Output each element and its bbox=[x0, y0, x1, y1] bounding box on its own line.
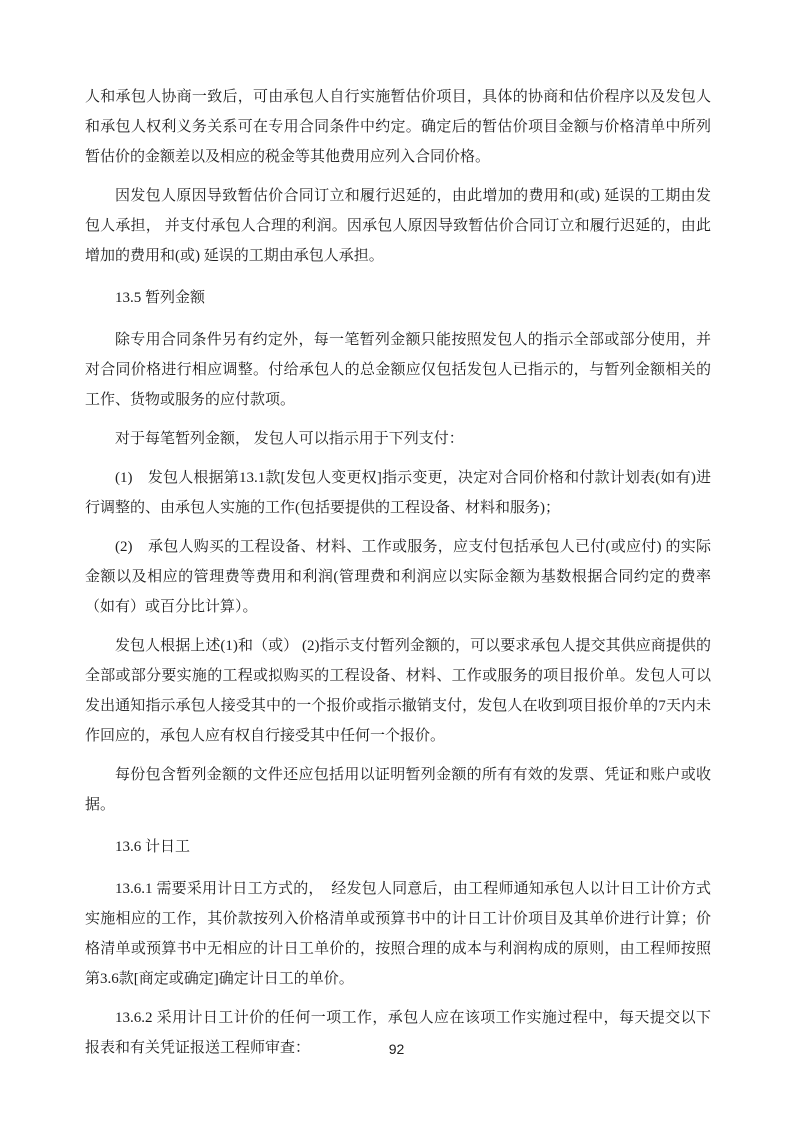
list-item-1-variation: (1) 发包人根据第13.1款[发包人变更权]指示变更，决定对合同价格和付款计划… bbox=[85, 463, 711, 523]
para-provisional-sum-usage: 除专用合同条件另有约定外，每一笔暂列金额只能按照发包人的指示全部或部分使用，并对… bbox=[85, 325, 711, 415]
para-13-6-1-daywork-pricing: 13.6.1 需要采用计日工方式的， 经发包人同意后，由工程师通知承包人以计日工… bbox=[85, 874, 711, 994]
para-quotation-procedure: 发包人根据上述(1)和（或） (2)指示支付暂列金额的，可以要求承包人提交其供应… bbox=[85, 631, 711, 751]
para-provisional-price-continuation: 人和承包人协商一致后，可由承包人自行实施暂估价项目，具体的协商和估价程序以及发包… bbox=[85, 82, 711, 172]
para-provisional-sum-payments-intro: 对于每笔暂列金额， 发包人可以指示用于下列支付： bbox=[85, 424, 711, 454]
page-number: 92 bbox=[0, 1040, 793, 1058]
document-page: 人和承包人协商一致后，可由承包人自行实施暂估价项目，具体的协商和估价程序以及发包… bbox=[0, 0, 793, 1122]
para-provisional-price-delay: 因发包人原因导致暂估价合同订立和履行迟延的，由此增加的费用和(或) 延误的工期由… bbox=[85, 181, 711, 271]
heading-13-6-daywork: 13.6 计日工 bbox=[85, 832, 711, 862]
heading-13-5-provisional-sum: 13.5 暂列金额 bbox=[85, 283, 711, 313]
list-item-2-purchases: (2) 承包人购买的工程设备、材料、工作或服务，应支付包括承包人已付(或应付) … bbox=[85, 532, 711, 622]
para-supporting-documents: 每份包含暂列金额的文件还应包括用以证明暂列金额的所有有效的发票、凭证和账户或收据… bbox=[85, 760, 711, 820]
